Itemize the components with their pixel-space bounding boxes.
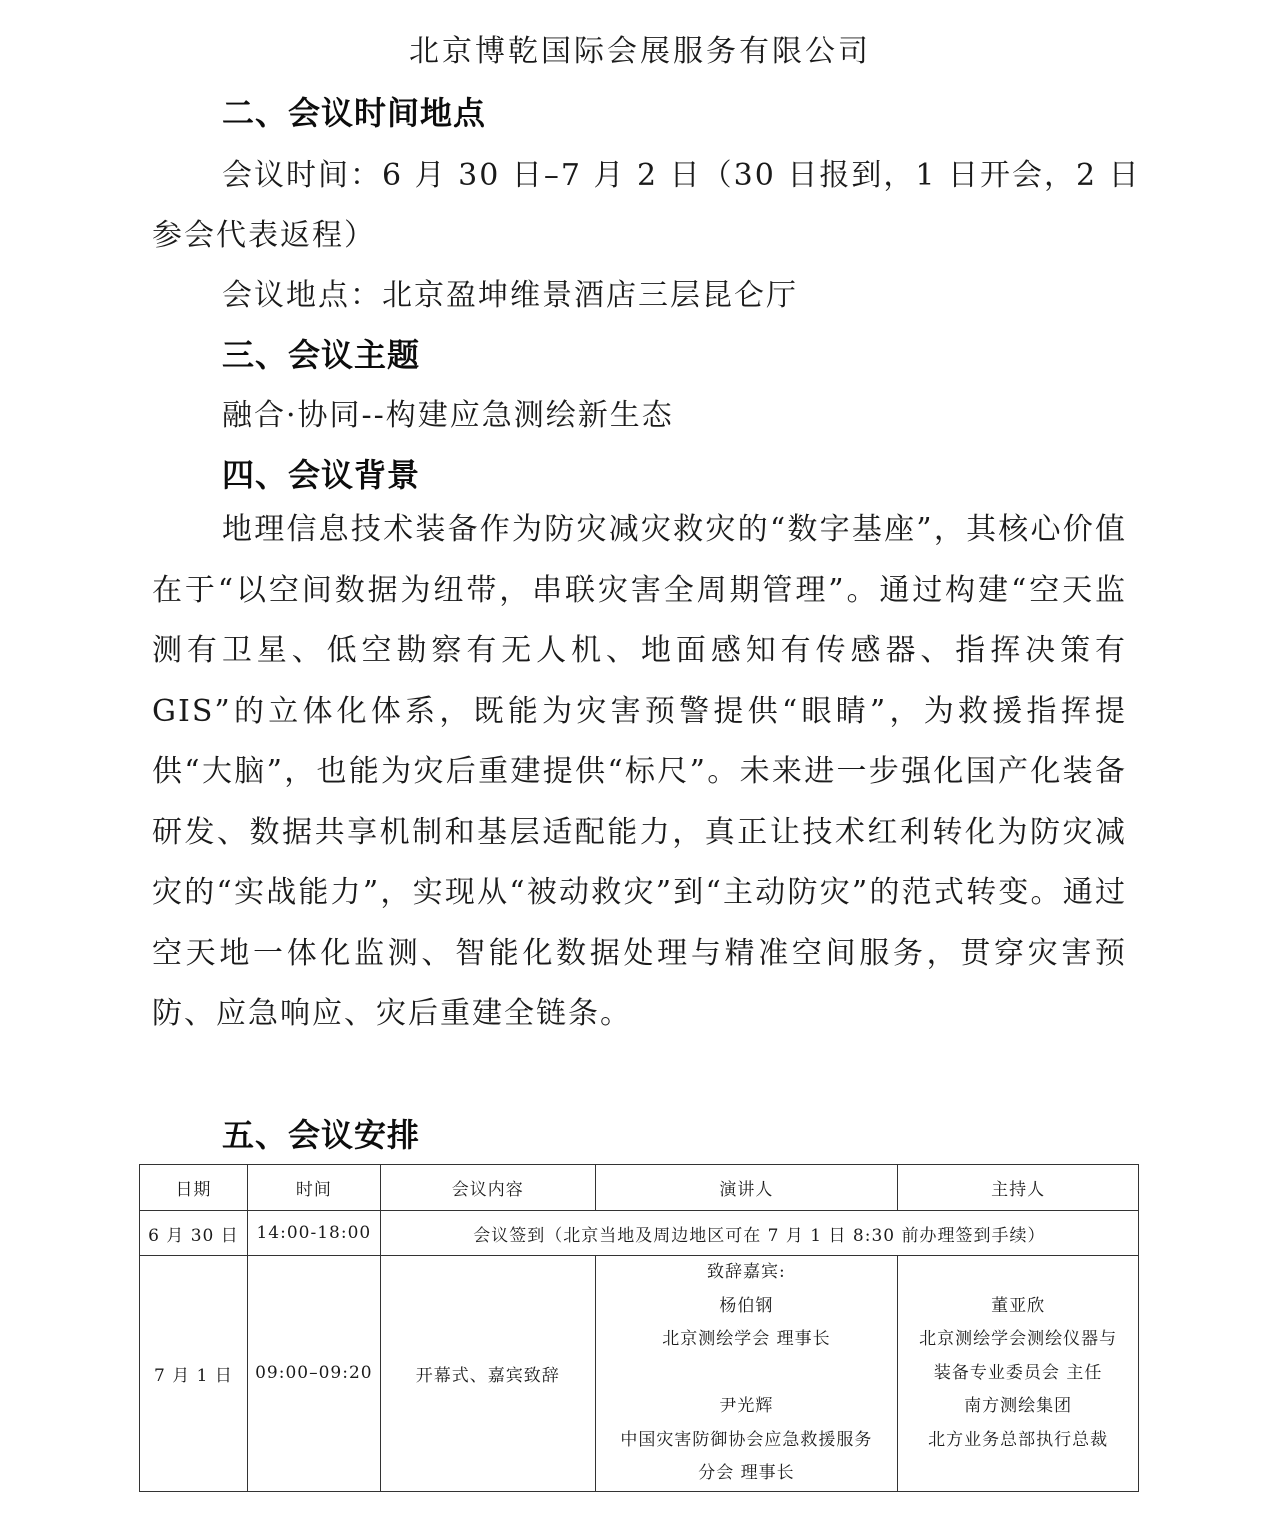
speaker1-name: 杨伯钢 [600, 1290, 894, 1324]
section-heading-theme: 三、会议主题 [222, 330, 420, 376]
schedule-table: 日期 时间 会议内容 演讲人 主持人 6 月 30 日 14:00-18:00 … [139, 1164, 1139, 1492]
table-header-row: 日期 时间 会议内容 演讲人 主持人 [140, 1165, 1139, 1211]
host-title-line3: 南方测绘集团 [902, 1390, 1134, 1424]
host-title-line2: 装备专业委员会 主任 [902, 1357, 1134, 1391]
section-heading-background: 四、会议背景 [222, 450, 420, 496]
section-heading-schedule: 五、会议安排 [222, 1110, 420, 1156]
column-header-speaker: 演讲人 [595, 1165, 898, 1211]
section-heading-time-place: 二、会议时间地点 [222, 88, 486, 134]
cell-speakers: 致辞嘉宾: 杨伯钢 北京测绘学会 理事长 尹光辉 中国灾害防御协会应急救援服务 … [595, 1256, 898, 1492]
meeting-theme-text: 融合·协同--构建应急测绘新生态 [222, 390, 674, 434]
cell-time: 09:00–09:20 [247, 1256, 380, 1492]
cell-date: 7 月 1 日 [140, 1256, 248, 1492]
column-header-date: 日期 [140, 1165, 248, 1211]
cell-date: 6 月 30 日 [140, 1211, 248, 1256]
meeting-time-line1: 会议时间：6 月 30 日–7 月 2 日（30 日报到，1 日开会，2 日 [222, 150, 1141, 194]
column-header-content: 会议内容 [380, 1165, 595, 1211]
meeting-place: 会议地点：北京盈坤维景酒店三层昆仑厅 [222, 270, 798, 314]
table-row: 6 月 30 日 14:00-18:00 会议签到（北京当地及周边地区可在 7 … [140, 1211, 1139, 1256]
cell-content: 会议签到（北京当地及周边地区可在 7 月 1 日 8:30 前办理签到手续） [380, 1211, 1138, 1256]
table-row: 7 月 1 日 09:00–09:20 开幕式、嘉宾致辞 致辞嘉宾: 杨伯钢 北… [140, 1256, 1139, 1492]
cell-content: 开幕式、嘉宾致辞 [380, 1256, 595, 1492]
speaker2-title-line1: 中国灾害防御协会应急救援服务 [600, 1424, 894, 1458]
spacer [600, 1357, 894, 1391]
speaker1-title: 北京测绘学会 理事长 [600, 1323, 894, 1357]
background-paragraph: 地理信息技术装备作为防灾减灾救灾的“数字基座”，其核心价值在于“以空间数据为纽带… [152, 500, 1127, 1045]
speakers-label: 致辞嘉宾: [600, 1256, 894, 1290]
speaker2-name: 尹光辉 [600, 1390, 894, 1424]
column-header-time: 时间 [247, 1165, 380, 1211]
host-name: 董亚欣 [902, 1290, 1134, 1324]
cell-time: 14:00-18:00 [247, 1211, 380, 1256]
host-title-line1: 北京测绘学会测绘仪器与 [902, 1323, 1134, 1357]
meeting-time-line2: 参会代表返程） [152, 210, 376, 254]
host-title-line4: 北方业务总部执行总裁 [902, 1424, 1134, 1458]
speaker2-title-line2: 分会 理事长 [600, 1457, 894, 1491]
company-header: 北京博乾国际会展服务有限公司 [0, 26, 1280, 70]
column-header-host: 主持人 [898, 1165, 1139, 1211]
cell-host: 董亚欣 北京测绘学会测绘仪器与 装备专业委员会 主任 南方测绘集团 北方业务总部… [898, 1256, 1139, 1492]
